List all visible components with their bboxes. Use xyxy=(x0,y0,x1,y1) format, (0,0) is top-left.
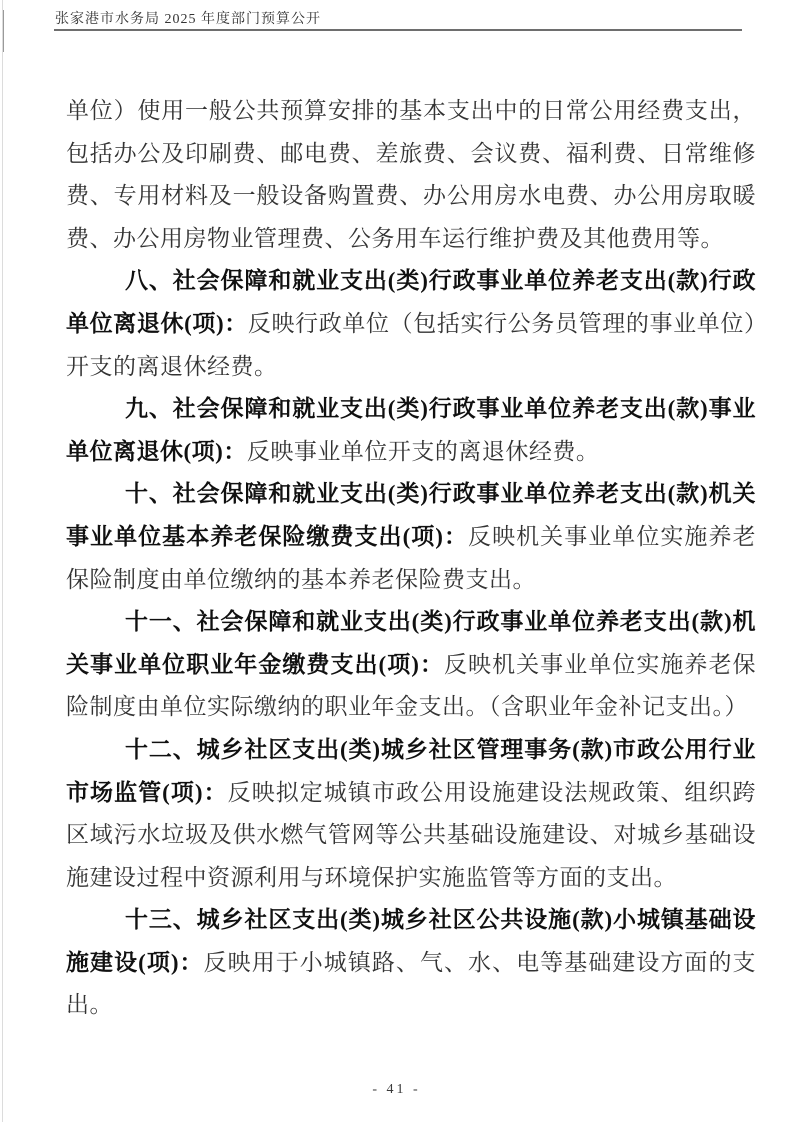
paragraph: 十、社会保障和就业支出(类)行政事业单位养老支出(款)机关事业单位基本养老保险缴… xyxy=(66,473,756,601)
page-footer: - 41 - xyxy=(0,1080,793,1098)
document-page: 张家港市水务局 2025 年度部门预算公开 单位）使用一般公共预算安排的基本支出… xyxy=(0,0,793,1122)
header-rule xyxy=(54,29,742,31)
paragraph: 十一、社会保障和就业支出(类)行政事业单位养老支出(款)机关事业单位职业年金缴费… xyxy=(66,601,756,729)
paragraph: 八、社会保障和就业支出(类)行政事业单位养老支出(款)行政单位离退休(项)：反映… xyxy=(66,260,756,388)
clause-body: 单位）使用一般公共预算安排的基本支出中的日常公用经费支出，包括办公及印刷费、邮电… xyxy=(66,98,756,251)
clause-body: 反映事业单位开支的离退休经费。 xyxy=(247,439,600,464)
page-number: - 41 - xyxy=(372,1082,420,1097)
header-title: 张家港市水务局 2025 年度部门预算公开 xyxy=(55,8,321,28)
document-body: 单位）使用一般公共预算安排的基本支出中的日常公用经费支出，包括办公及印刷费、邮电… xyxy=(66,90,756,1027)
scan-edge-artifact xyxy=(2,0,3,1122)
paragraph: 十三、城乡社区支出(类)城乡社区公共设施(款)小城镇基础设施建设(项)：反映用于… xyxy=(66,899,756,1027)
paragraph: 九、社会保障和就业支出(类)行政事业单位养老支出(款)事业单位离退休(项)：反映… xyxy=(66,388,756,473)
paragraph: 单位）使用一般公共预算安排的基本支出中的日常公用经费支出，包括办公及印刷费、邮电… xyxy=(66,90,756,260)
paragraph: 十二、城乡社区支出(类)城乡社区管理事务(款)市政公用行业市场监管(项)：反映拟… xyxy=(66,729,756,899)
scan-edge-artifact-dark xyxy=(3,10,4,52)
